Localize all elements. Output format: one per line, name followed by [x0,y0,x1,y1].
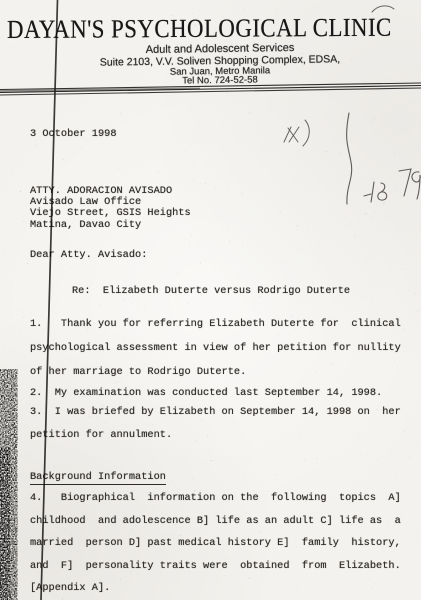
recipient-line: Matina, Davao City [30,220,191,231]
salutation: Dear Atty. Avisado: [30,243,147,267]
section-heading-wrap: Background Information [30,466,166,485]
body-line: married person D] past medical history E… [30,532,401,555]
section-heading: Background Information [30,471,166,485]
subject-line: Re: Elizabeth Duterte versus Rodrigo Dut… [72,279,350,303]
body-line: 3. I was briefed by Elizabeth on Septemb… [30,401,401,424]
body-line: 4. Biographical information on the follo… [30,487,401,510]
scan-noise-left-band [0,455,8,600]
paragraph-3: 3. I was briefed by Elizabeth on Septemb… [30,401,401,447]
paragraph-1: 1. Thank you for referring Elizabeth Dut… [30,312,401,384]
recipient-address-block: ATTY. ADORACION AVISADO Avisado Law Offi… [30,186,191,231]
body-line: 1. Thank you for referring Elizabeth Dut… [30,312,401,336]
body-line: petition for annulment. [30,424,401,447]
body-line: psychological assessment in view of her … [30,336,401,360]
scan-noise-left-band [0,380,14,600]
body-line: and F] personality traits were obtained … [30,555,401,578]
paragraph-4: 4. Biographical information on the follo… [30,487,401,600]
body-line: childhood and adolescence B] life as an … [30,510,401,533]
body-line: [Appendix A]. [30,577,401,600]
clinic-name-title: DAYAN'S PSYCHOLOGICAL CLINIC [7,13,392,45]
handwritten-scribble-right-margin [347,113,421,204]
recipient-line: Viejo Street, GSIS Heights [30,208,191,219]
letter-date: 3 October 1998 [30,122,117,146]
scanned-letter-page: DAYAN'S PSYCHOLOGICAL CLINIC Adult and A… [0,0,421,600]
